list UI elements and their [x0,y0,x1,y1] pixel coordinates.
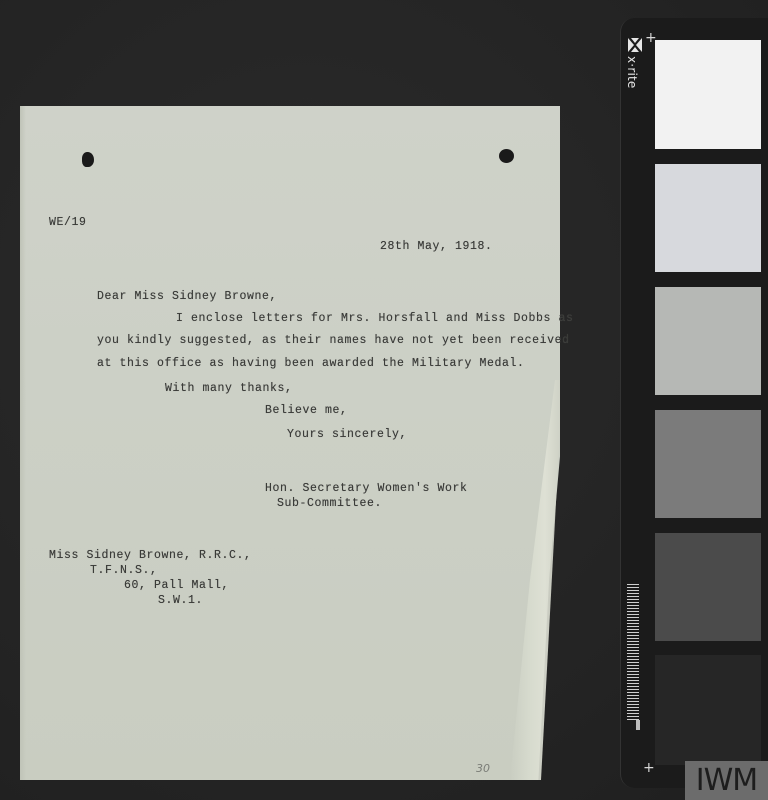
reference-code: WE/19 [49,212,87,234]
punch-hole-right [499,149,514,163]
iwm-watermark: IWM [685,761,768,800]
gray-swatch-4 [655,410,761,518]
address-line-2: T.F.N.S., [90,563,158,579]
address-line-4: S.W.1. [158,593,203,609]
paper-edge [20,106,26,780]
gray-swatch-3 [655,287,761,395]
gray-swatch-2 [655,164,761,272]
body-line-2: you kindly suggested, as their names hav… [97,330,570,352]
page-number: 30 [476,762,490,775]
signature-title: Hon. Secretary Women's Work [265,481,468,497]
ruler-scale [627,584,639,722]
address-line-3: 60, Pall Mall, [124,578,229,594]
crosshair-icon: + [643,761,655,775]
signature-committee: Sub-Committee. [277,496,382,512]
body-line-1: I enclose letters for Mrs. Horsfall and … [176,308,574,330]
ruler-label [636,720,640,730]
letter-date: 28th May, 1918. [380,236,493,258]
closing-believe: Believe me, [265,400,348,422]
closing-sincerely: Yours sincerely, [287,424,407,446]
punch-hole-left [82,152,94,167]
xrite-logo-icon [628,38,642,52]
gray-swatch-5 [655,533,761,641]
gray-swatch-1 [655,40,761,149]
crosshair-icon: + [645,31,657,45]
salutation: Dear Miss Sidney Browne, [97,286,277,308]
gray-swatch-6 [655,655,761,765]
body-line-3: at this office as having been awarded th… [97,353,525,375]
address-line-1: Miss Sidney Browne, R.R.C., [49,548,252,564]
brand-label: x·rite [625,56,639,88]
closing-thanks: With many thanks, [165,378,293,400]
